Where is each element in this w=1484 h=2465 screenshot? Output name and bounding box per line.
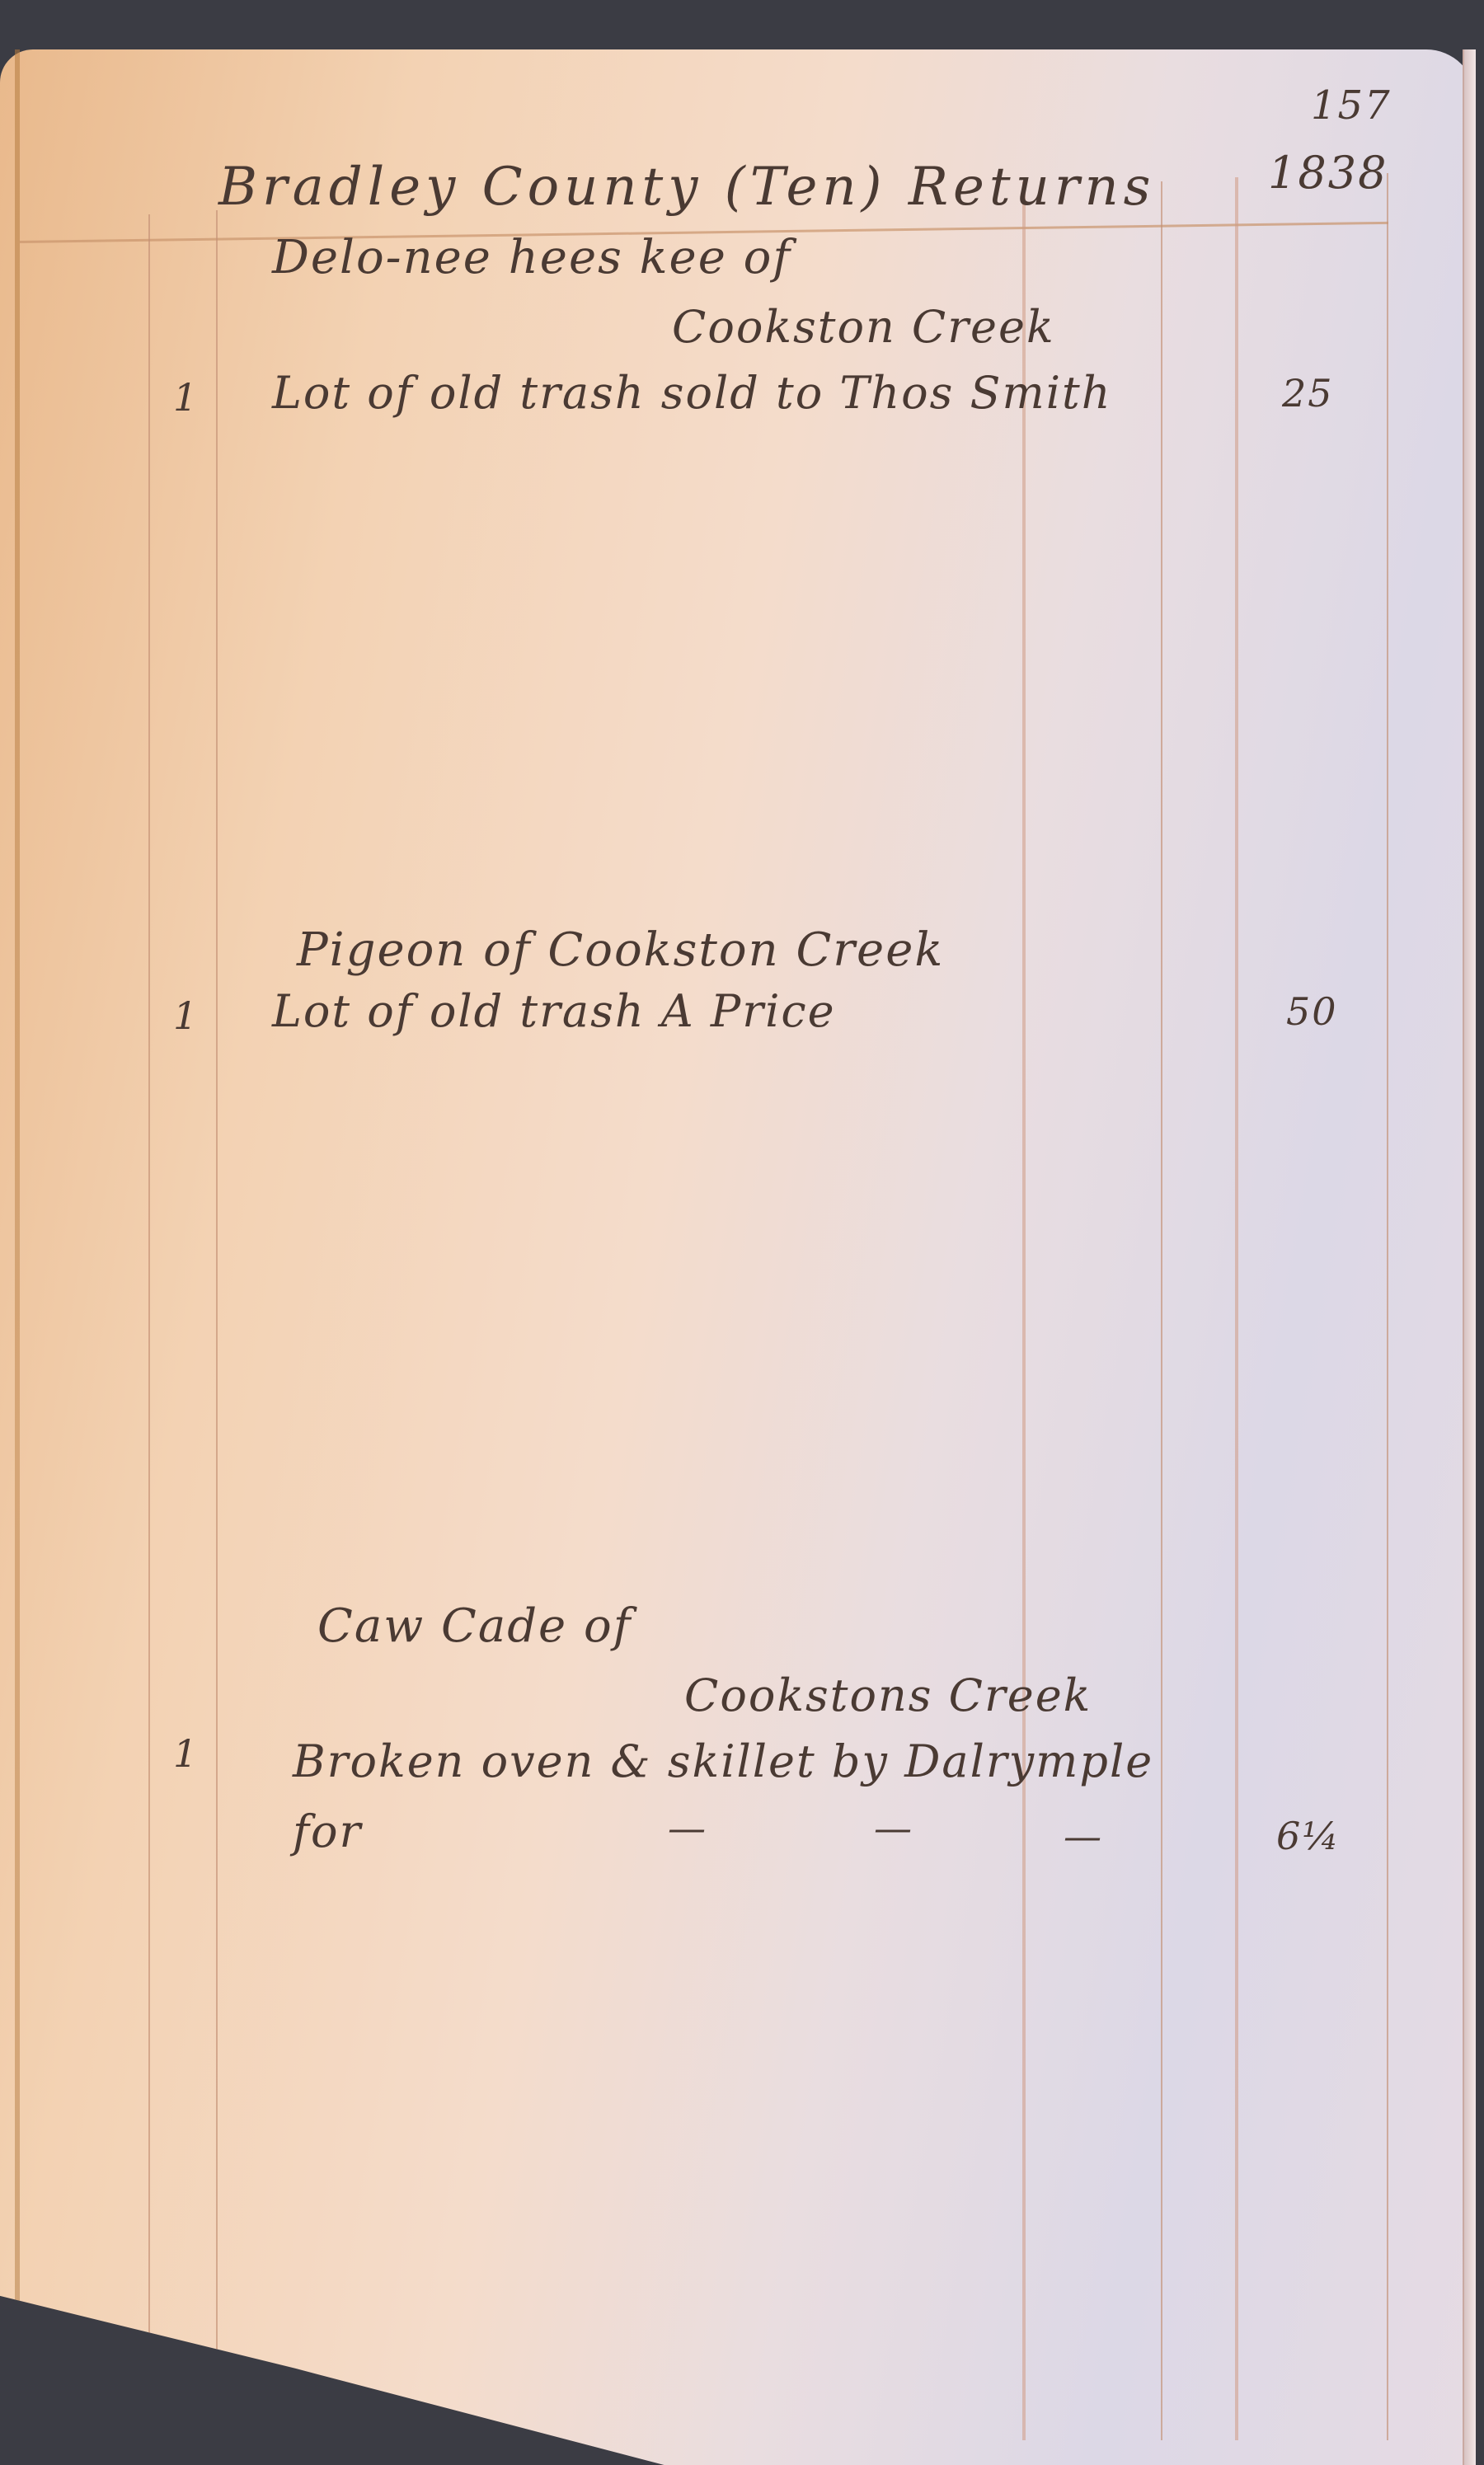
- entry-quantity: 1: [173, 375, 199, 420]
- entry-owner: Delo-nee hees kee of: [272, 231, 791, 284]
- entry-quantity: 1: [173, 993, 199, 1038]
- column-rule-amount-left-1: [1161, 181, 1162, 2440]
- page-right-edge: [1463, 49, 1476, 2465]
- column-rule-description-right: [1022, 181, 1026, 2440]
- filler-dash: —: [1064, 1814, 1103, 1858]
- entry-description: Lot of old trash A Price: [272, 985, 836, 1037]
- column-rule-amount-left-2: [1235, 177, 1238, 2440]
- page-spine-edge: [15, 49, 20, 2465]
- ledger-page: 157 Bradley County (Ten) Returns 1838 De…: [0, 49, 1476, 2465]
- entry-owner: Caw Cade of: [317, 1599, 632, 1653]
- filler-dash: —: [668, 1805, 707, 1850]
- ledger-title: Bradley County (Ten) Returns: [218, 157, 1156, 218]
- entry-amount: 25: [1282, 371, 1334, 416]
- entry-continuation: for: [293, 1805, 362, 1857]
- entry-description: Broken oven & skillet by Dalrymple: [293, 1735, 1153, 1787]
- ledger-year: 1838: [1268, 147, 1388, 199]
- entry-owner: Pigeon of Cookston Creek: [297, 923, 944, 977]
- entry-amount: 6¼: [1276, 1814, 1341, 1858]
- column-rule-quantity-right: [216, 210, 218, 2444]
- page-number: 157: [1311, 82, 1392, 129]
- entry-quantity: 1: [173, 1731, 199, 1776]
- entry-place: Cookston Creek: [672, 301, 1055, 353]
- entry-description: Lot of old trash sold to Thos Smith: [272, 367, 1112, 419]
- filler-dash: —: [874, 1805, 913, 1850]
- column-rule-amount-right: [1387, 173, 1388, 2440]
- entry-amount: 50: [1286, 989, 1338, 1034]
- column-rule-quantity-left: [148, 214, 150, 2440]
- entry-place: Cookstons Creek: [684, 1669, 1092, 1721]
